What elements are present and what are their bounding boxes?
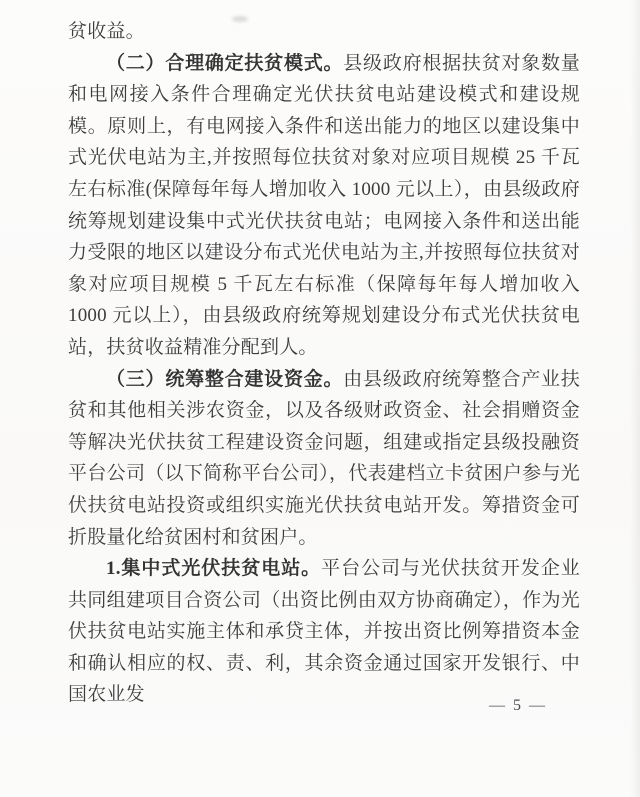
scan-edge-shadow <box>630 0 640 797</box>
document-body: 贫收益。 （二）合理确定扶贫模式。县级政府根据扶贫对象数量和电网接入条件合理确定… <box>68 16 580 711</box>
page-number: — 5 — <box>489 697 547 715</box>
item-1-heading: 1.集中式光伏扶贫电站。 <box>106 558 321 579</box>
item-1-paragraph: 1.集中式光伏扶贫电站。平台公司与光伏扶贫开发企业共同组建项目合资公司（出资比例… <box>68 553 580 711</box>
section-3-text: 由县级政府统筹整合产业扶贫和其他相关涉农资金，以及各级财政资金、社会捐赠资金等解… <box>68 369 580 548</box>
section-2-text: 县级政府根据扶贫对象数量和电网接入条件合理确定光伏扶贫电站建设模式和建设规模。原… <box>68 53 580 358</box>
paragraph-continuation-text: 贫收益。 <box>68 21 145 42</box>
section-3-paragraph: （三）统筹整合建设资金。由县级政府统筹整合产业扶贫和其他相关涉农资金，以及各级财… <box>68 364 580 554</box>
section-3-heading: （三）统筹整合建设资金。 <box>106 369 343 390</box>
paragraph-continuation: 贫收益。 <box>68 16 580 48</box>
scanned-document-page: 贫收益。 （二）合理确定扶贫模式。县级政府根据扶贫对象数量和电网接入条件合理确定… <box>0 0 640 797</box>
section-2-heading: （二）合理确定扶贫模式。 <box>106 53 343 74</box>
item-1-text: 平台公司与光伏扶贫开发企业共同组建项目合资公司（出资比例由双方协商确定），作为光… <box>68 558 580 705</box>
section-2-paragraph: （二）合理确定扶贫模式。县级政府根据扶贫对象数量和电网接入条件合理确定光伏扶贫电… <box>68 48 580 364</box>
